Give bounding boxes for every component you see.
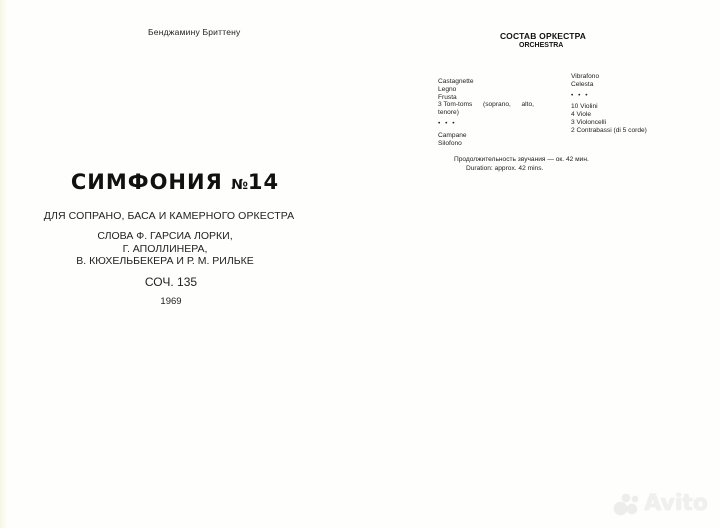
ellipsis-dots: • • • xyxy=(571,92,720,100)
orchestra-heading-en: ORCHESTRA xyxy=(519,42,563,49)
dedication: Бенджамину Бриттену xyxy=(148,27,241,37)
lyricists-line: Г. АПОЛЛИНЕРА, xyxy=(0,243,330,256)
lyricists-line: В. КЮХЕЛЬБЕКЕРА И Р. М. РИЛЬКЕ xyxy=(0,255,330,268)
instrument: Celesta xyxy=(571,81,720,89)
subtitle: ДЛЯ СОПРАНО, БАСА И КАМЕРНОГО ОРКЕСТРА xyxy=(0,210,338,222)
instrument: Castagnette xyxy=(438,78,534,86)
instrument: 4 Viole xyxy=(571,111,720,119)
number-sign: № xyxy=(231,177,248,193)
instruments-right-column: Vibrafono Celesta • • • 10 Violini 4 Vio… xyxy=(571,73,720,135)
symphony-number: 14 xyxy=(248,170,279,194)
avito-dots-icon xyxy=(614,490,642,516)
avito-logo-text: Avito xyxy=(644,491,708,516)
duration: Продолжительность звучания — ок. 42 мин.… xyxy=(454,155,589,173)
instrument: Silofono xyxy=(438,140,534,148)
lyricists: СЛОВА Ф. ГАРСИА ЛОРКИ, Г. АПОЛЛИНЕРА, В.… xyxy=(0,230,330,268)
instruments-left-column: Castagnette Legno Frusta 3 Tom-toms (sop… xyxy=(438,78,534,147)
left-page: Бенджамину Бриттену СИМФОНИЯ №14 ДЛЯ СОП… xyxy=(0,0,360,528)
lyricists-line: СЛОВА Ф. ГАРСИА ЛОРКИ, xyxy=(0,230,330,243)
tomtoms-voices: (soprano, xyxy=(483,101,511,109)
symphony-title: СИМФОНИЯ №14 xyxy=(0,170,350,194)
duration-en: Duration: approx. 42 mins. xyxy=(454,164,589,173)
tomtoms-name: Tom-toms xyxy=(443,101,472,108)
tomtoms-count: 3 xyxy=(438,101,442,108)
duration-ru: Продолжительность звучания — ок. 42 мин. xyxy=(454,155,589,164)
instrument: Vibrafono xyxy=(571,73,720,81)
instrument: 3 Violoncelli xyxy=(571,119,720,127)
year: 1969 xyxy=(0,296,342,307)
right-page: СОСТАВ ОРКЕСТРА ORCHESTRA Castagnette Le… xyxy=(360,0,720,528)
instrument: tenore) xyxy=(438,109,534,117)
instrument: Frusta xyxy=(438,94,534,102)
avito-watermark: Avito xyxy=(614,490,708,516)
orchestra-heading-ru: СОСТАВ ОРКЕСТРА xyxy=(500,31,586,41)
instrument: Legno xyxy=(438,86,534,94)
opus-number: СОЧ. 135 xyxy=(0,275,342,289)
ellipsis-dots: • • • xyxy=(438,120,534,128)
instrument: Campane xyxy=(438,132,534,140)
instrument: 10 Violini xyxy=(571,103,720,111)
tomtoms-count-name: 3 Tom-toms xyxy=(438,101,472,109)
title-text: СИМФОНИЯ xyxy=(71,170,223,194)
instrument: 2 Contrabassi (di 5 corde) xyxy=(571,127,720,135)
tomtoms-alto: alto, xyxy=(522,101,534,109)
instrument-tomtoms: 3 Tom-toms (soprano, alto, xyxy=(438,101,534,109)
